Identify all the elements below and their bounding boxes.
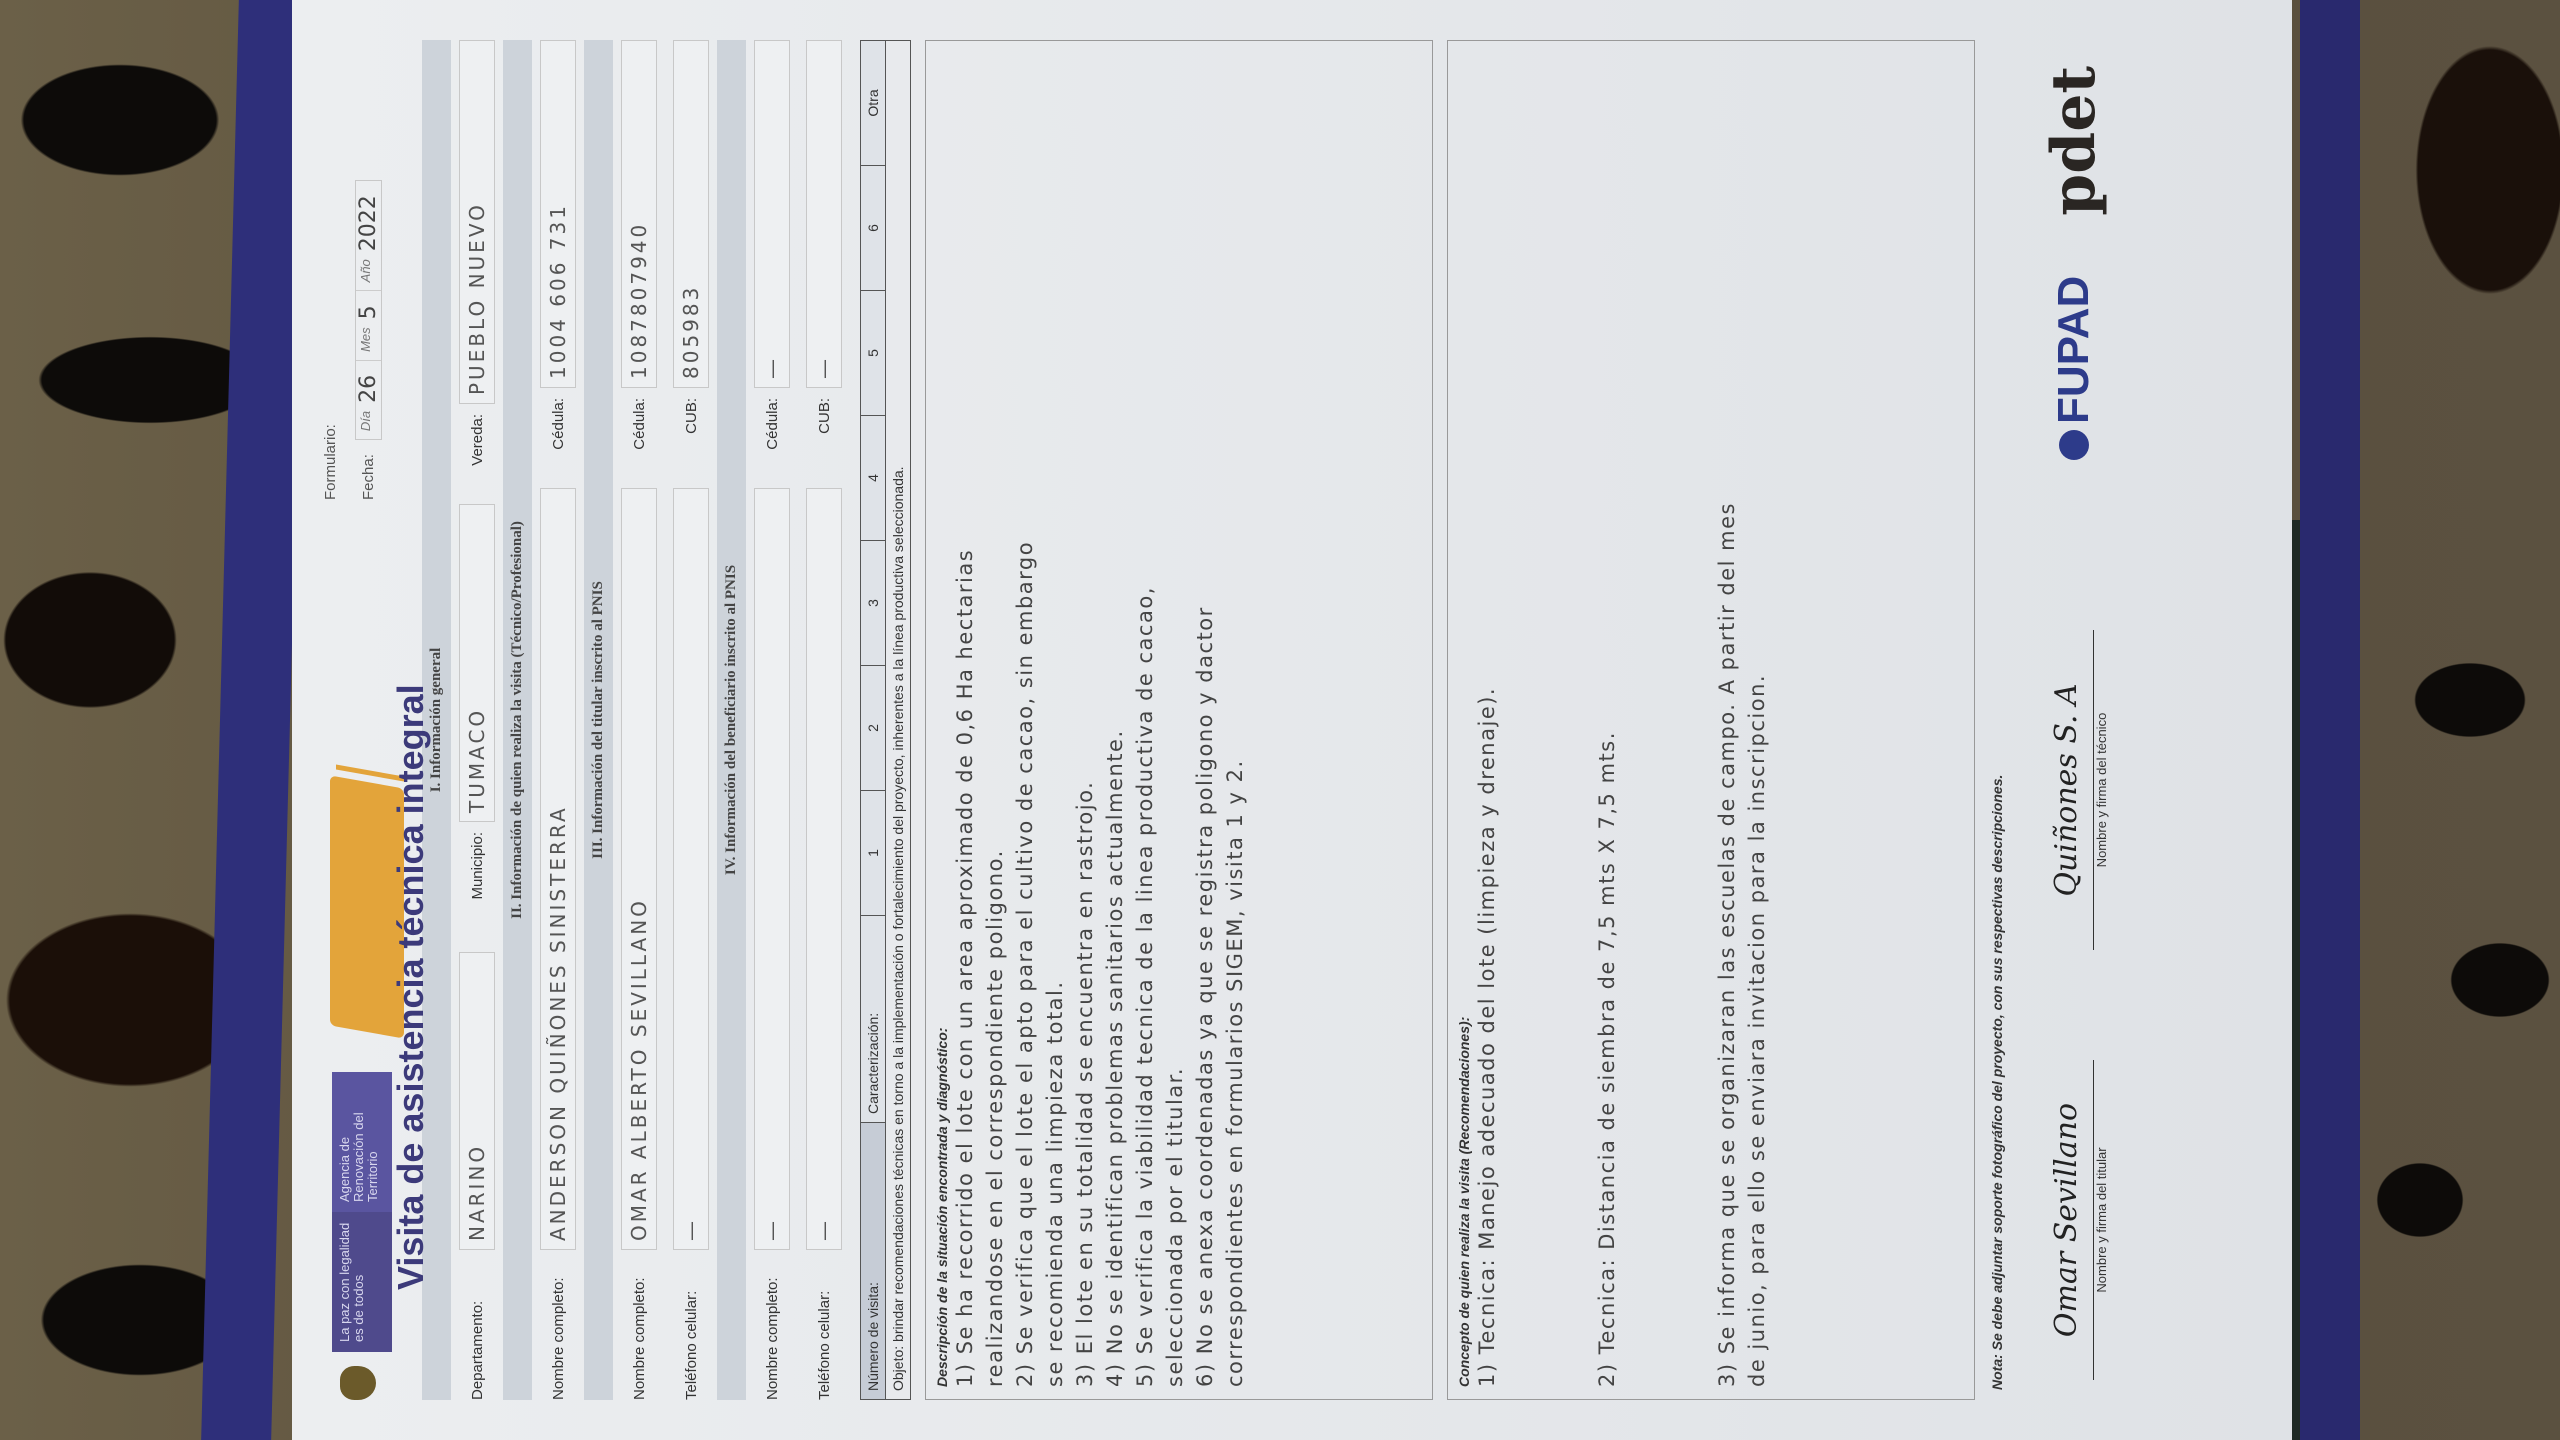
caracterizacion-option[interactable]: 6 <box>861 165 885 290</box>
titular-cub-field[interactable]: 805983 <box>673 40 709 388</box>
art-logo: La paz con legalidad es de todos Agencia… <box>332 1072 392 1352</box>
mes-value: 5 <box>356 290 381 319</box>
coat-of-arms-icon <box>340 1366 376 1400</box>
titular-row-1: Nombre completo: OMAR ALBERTO SEVILLANO … <box>613 40 665 1400</box>
caracterizacion-option[interactable]: 3 <box>861 540 885 665</box>
page-title: Visita de asistencia técnica integral <box>390 684 432 1290</box>
objetivo-text: Objeto: brindar recomendaciones técnicas… <box>886 40 911 1400</box>
caracterizacion-table: Número de visita: Caracterización: 1 2 3… <box>860 40 886 1400</box>
beneficiario-row-1: Nombre completo: — Cédula: — <box>746 40 798 1400</box>
beneficiario-cedula-field[interactable]: — <box>754 40 790 388</box>
descripcion-handwriting: 1) Se ha recorrido el lote con un area a… <box>950 53 1250 1387</box>
general-row: Departamento: NARINO Municipio: TUMACO V… <box>451 40 503 1400</box>
section-beneficiario-heading: IV. Información del beneficiario inscrit… <box>717 40 746 1400</box>
beneficiario-row-2: Teléfono celular: — CUB: — <box>798 40 850 1400</box>
nota-text: Nota: Se debe adjuntar soporte fotográfi… <box>1975 40 2019 1400</box>
descripcion-box[interactable]: Descripción de la situación encontrada y… <box>925 40 1433 1400</box>
globe-icon <box>2059 430 2089 460</box>
departamento-field[interactable]: NARINO <box>459 952 495 1250</box>
binder-strip-right <box>2300 0 2360 1440</box>
vereda-field[interactable]: PUEBLO NUEVO <box>459 40 495 404</box>
section-titular-heading: III. Información del titular inscrito al… <box>584 40 613 1400</box>
signatures-row: Omar Sevillano Nombre y firma del titula… <box>2019 40 2109 1400</box>
descripcion-caption: Descripción de la situación encontrada y… <box>934 53 950 1387</box>
footer-logos: FUPAD pdet <box>2039 66 2109 460</box>
caracterizacion-option[interactable]: 2 <box>861 665 885 790</box>
caracterizacion-option[interactable]: 5 <box>861 290 885 415</box>
municipio-field[interactable]: TUMACO <box>459 504 495 822</box>
visitor-name-field[interactable]: ANDERSON QUIÑONES SINISTERRA <box>540 488 576 1250</box>
form-page: La paz con legalidad es de todos Agencia… <box>292 0 2292 1440</box>
formulario-label: Formulario: <box>322 424 339 500</box>
anio-value: 2022 <box>356 181 381 251</box>
visitor-row: Nombre completo: ANDERSON QUIÑONES SINIS… <box>532 40 584 1400</box>
beneficiario-name-field[interactable]: — <box>754 488 790 1250</box>
logo-text-art: Agencia de Renovación del Territorio <box>332 1072 392 1212</box>
concepto-handwriting: 1) Tecnica: Manejo adecuado del lote (li… <box>1472 53 1772 1387</box>
caracterizacion-option[interactable]: 1 <box>861 790 885 915</box>
tecnico-signature[interactable]: Quiñones S. A Nombre y firma del técnico <box>2049 630 2109 950</box>
form-header: La paz con legalidad es de todos Agencia… <box>312 40 422 1400</box>
beneficiario-cub-field[interactable]: — <box>806 40 842 388</box>
beneficiario-phone-field[interactable]: — <box>806 488 842 1250</box>
titular-signature[interactable]: Omar Sevillano Nombre y firma del titula… <box>2049 1060 2109 1380</box>
date-field[interactable]: Día26 Mes5 Año2022 <box>355 180 382 440</box>
fupad-logo: FUPAD <box>2049 276 2099 460</box>
concepto-caption: Concepto de quien realiza la visita (Rec… <box>1456 53 1472 1387</box>
titular-cedula-field[interactable]: 1087807940 <box>621 40 657 388</box>
dia-value: 26 <box>356 360 381 403</box>
fecha-label: Fecha: <box>360 454 377 500</box>
section-visitor-heading: II. Información de quien realiza la visi… <box>503 40 532 1400</box>
pdet-logo: pdet <box>2039 66 2109 216</box>
titular-phone-field[interactable]: — <box>673 488 709 1250</box>
caracterizacion-option[interactable]: 4 <box>861 415 885 540</box>
logo-text-paz: La paz con legalidad es de todos <box>332 1212 392 1352</box>
titular-name-field[interactable]: OMAR ALBERTO SEVILLANO <box>621 488 657 1250</box>
form-meta: Formulario: Fecha: Día26 Mes5 Año2022 <box>322 80 398 500</box>
caracterizacion-label: Caracterización: <box>861 915 885 1122</box>
concepto-box[interactable]: Concepto de quien realiza la visita (Rec… <box>1447 40 1975 1400</box>
caracterizacion-option-otra[interactable]: Otra <box>861 41 885 165</box>
titular-row-2: Teléfono celular: — CUB: 805983 <box>665 40 717 1400</box>
visitor-cedula-field[interactable]: 1004 606 731 <box>540 40 576 388</box>
numero-visita-label: Número de visita: <box>861 1122 885 1399</box>
